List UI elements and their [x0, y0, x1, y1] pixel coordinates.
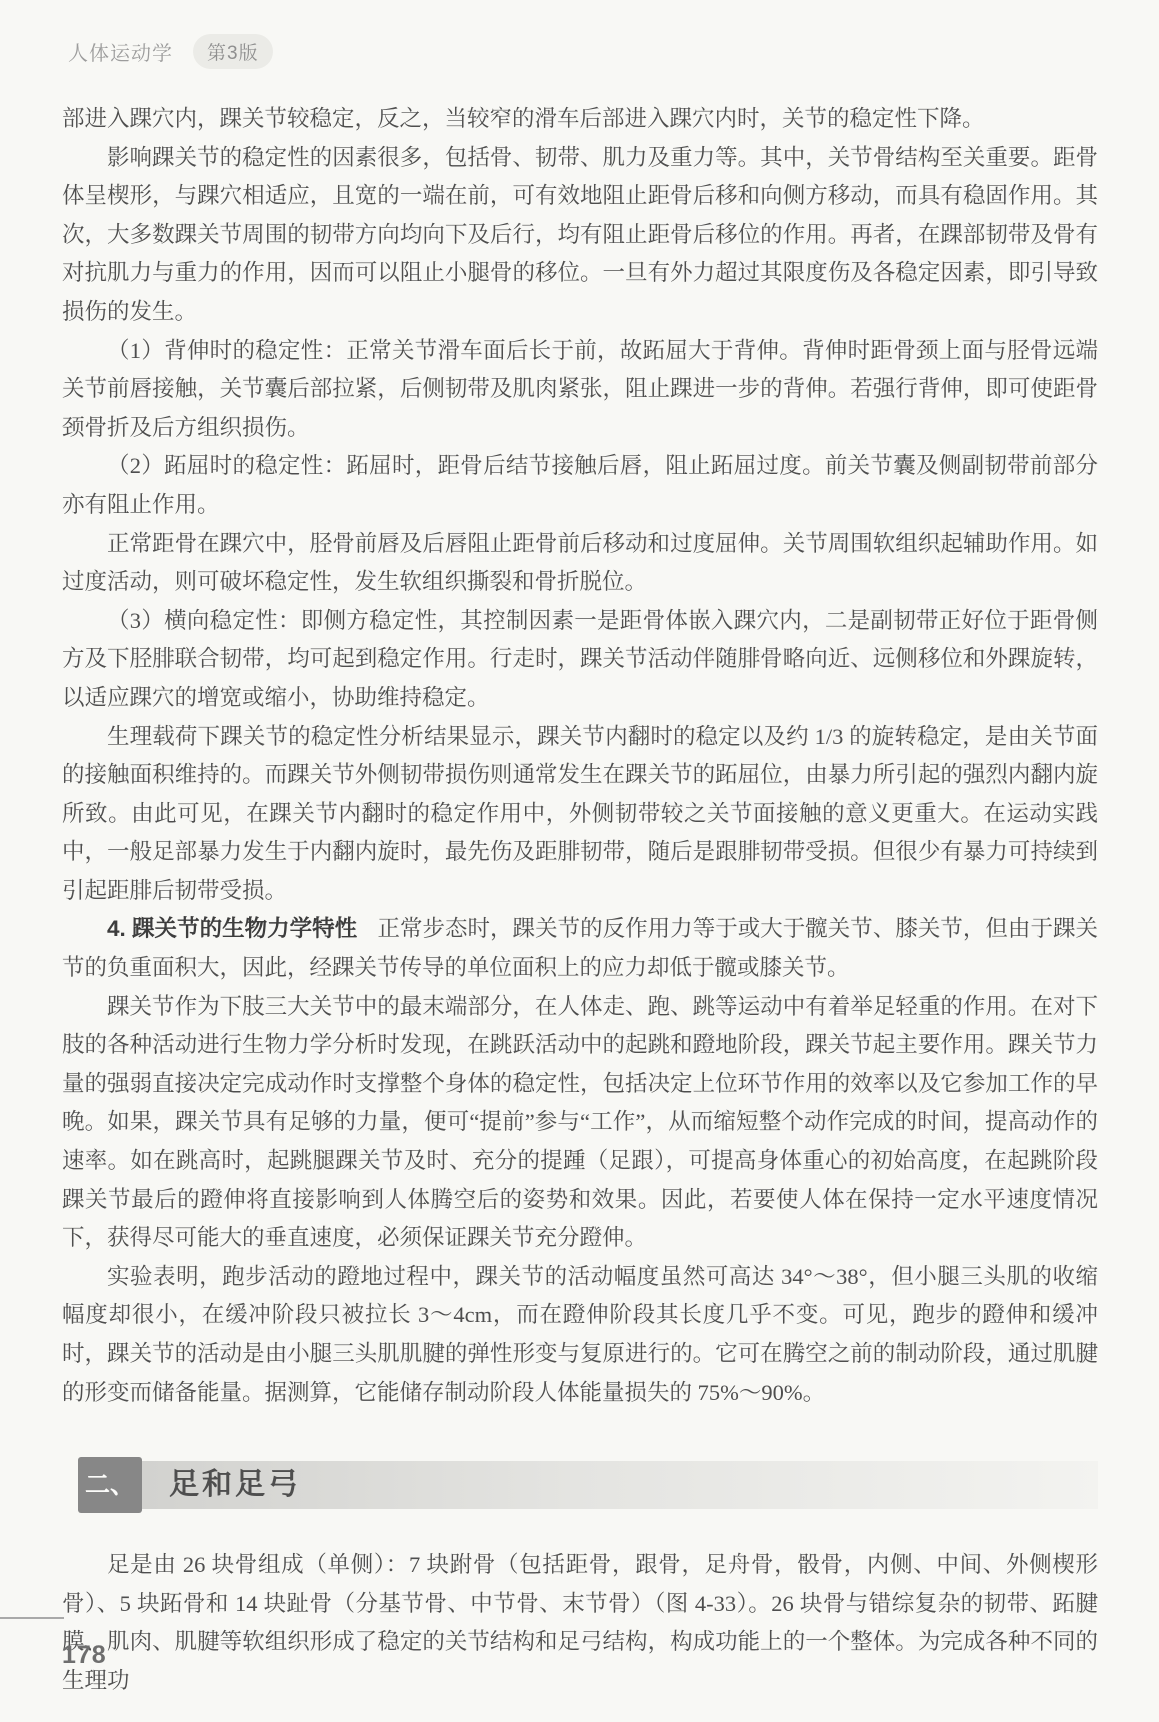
paragraph: 足是由 26 块骨组成（单侧）：7 块跗骨（包括距骨，跟骨，足舟骨，骰骨，内侧、…: [62, 1546, 1098, 1700]
paragraph: 部进入踝穴内，踝关节较稳定，反之，当较窄的滑车后部进入踝穴内时，关节的稳定性下降…: [62, 100, 1098, 139]
paragraph-with-subheading: 4. 踝关节的生物力学特性正常步态时，踝关节的反作用力等于或大于髋关节、膝关节，…: [62, 910, 1098, 987]
paragraph: 正常距骨在踝穴中，胫骨前唇及后唇阻止距骨前后移动和过度屈伸。关节周围软组织起辅助…: [62, 525, 1098, 602]
section-header: 二、 足和足弓: [78, 1457, 1098, 1513]
textbook-page: 人体运动学 第3版 部进入踝穴内，踝关节较稳定，反之，当较窄的滑车后部进入踝穴内…: [0, 0, 1159, 1722]
paragraph: 影响踝关节的稳定性的因素很多，包括骨、韧带、肌力及重力等。其中，关节骨结构至关重…: [62, 139, 1098, 332]
page-header: 人体运动学 第3版: [68, 34, 273, 69]
paragraph: （2）跖屈时的稳定性：跖屈时，距骨后结节接触后唇，阻止跖屈过度。前关节囊及侧副韧…: [62, 447, 1098, 524]
page-number: 178: [62, 1641, 107, 1670]
book-title: 人体运动学: [68, 37, 173, 66]
paragraph: （1）背伸时的稳定性：正常关节滑车面后长于前，故跖屈大于背伸。背伸时距骨颈上面与…: [62, 332, 1098, 448]
section-number-box: 二、: [78, 1457, 142, 1513]
paragraph: （3）横向稳定性：即侧方稳定性，其控制因素一是距骨体嵌入踝穴内，二是副韧带正好位…: [62, 602, 1098, 718]
edition-badge: 第3版: [193, 34, 273, 69]
paragraph: 踝关节作为下肢三大关节中的最末端部分，在人体走、跑、跳等运动中有着举足轻重的作用…: [62, 988, 1098, 1258]
crop-mark: [0, 1617, 64, 1619]
subsection-heading: 4. 踝关节的生物力学特性: [107, 916, 357, 941]
page-body: 部进入踝穴内，踝关节较稳定，反之，当较窄的滑车后部进入踝穴内时，关节的稳定性下降…: [62, 100, 1098, 1701]
section-title-bar: 足和足弓: [142, 1461, 1098, 1509]
paragraph: 实验表明，跑步活动的蹬地过程中，踝关节的活动幅度虽然可高达 34°～38°，但小…: [62, 1258, 1098, 1412]
paragraph: 生理载荷下踝关节的稳定性分析结果显示，踝关节内翻时的稳定以及约 1/3 的旋转稳…: [62, 718, 1098, 911]
section-title: 足和足弓: [169, 1466, 301, 1505]
